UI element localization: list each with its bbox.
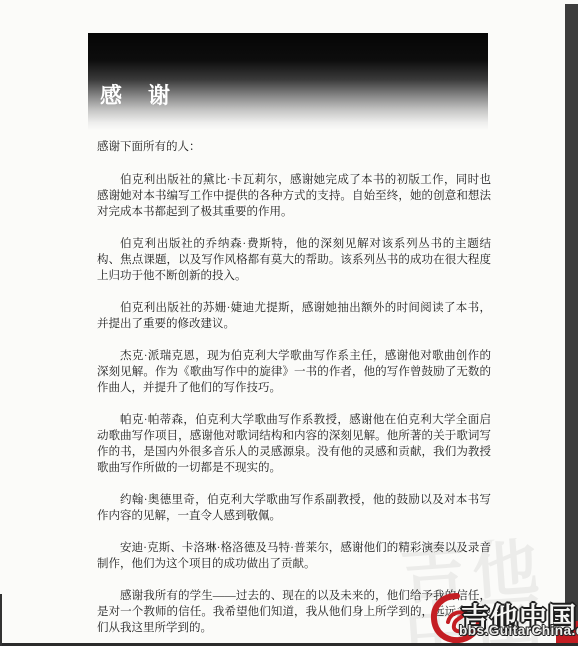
paragraph: 伯克利出版社的黛比·卡瓦莉尔，感谢她完成了本书的初版工作，同时也感谢她对本书编写… <box>97 172 491 220</box>
paragraph: 杰克·派瑞克恩，现为伯克利大学歌曲写作系主任，感谢他对歌曲创作的深刻见解。作为《… <box>97 348 491 396</box>
paragraph: 帕克·帕蒂森，伯克利大学歌曲写作系教授，感谢他在伯克利大学全面启动歌曲写作项目，… <box>97 412 491 476</box>
paragraph: 伯克利出版社的乔纳森·费斯特，他的深刻见解对该系列丛书的主题结构、焦点课题，以及… <box>97 236 491 284</box>
paragraph: 伯克利出版社的苏姗·婕迪尤提斯，感谢她抽出额外的时间阅读了本书，并提出了重要的修… <box>97 300 491 332</box>
scan-left-border <box>0 594 2 646</box>
intro-line: 感谢下面所有的人： <box>97 139 491 155</box>
scan-right-border <box>565 4 578 646</box>
scanned-book-page: 感 谢 吉他中国 感谢下面所有的人： 伯克利出版社的黛比·卡瓦莉尔，感谢她完成了… <box>0 0 578 646</box>
header-gradient-band: 感 谢 <box>88 33 488 130</box>
watermark-site-url: bbs.GuitarChina.com <box>459 623 578 638</box>
acknowledgments-text: 感谢下面所有的人： 伯克利出版社的黛比·卡瓦莉尔，感谢她完成了本书的初版工作，同… <box>97 139 491 646</box>
page-title: 感 谢 <box>100 79 172 110</box>
paragraph: 约翰·奥德里奇，伯克利大学歌曲写作系副教授，他的鼓励以及对本书写作内容的见解，一… <box>97 492 491 524</box>
paragraph: 安迪·克斯、卡洛琳·格洛德及马特·普莱尔，感谢他们的精彩演奏以及录音制作，他们为… <box>97 540 491 572</box>
